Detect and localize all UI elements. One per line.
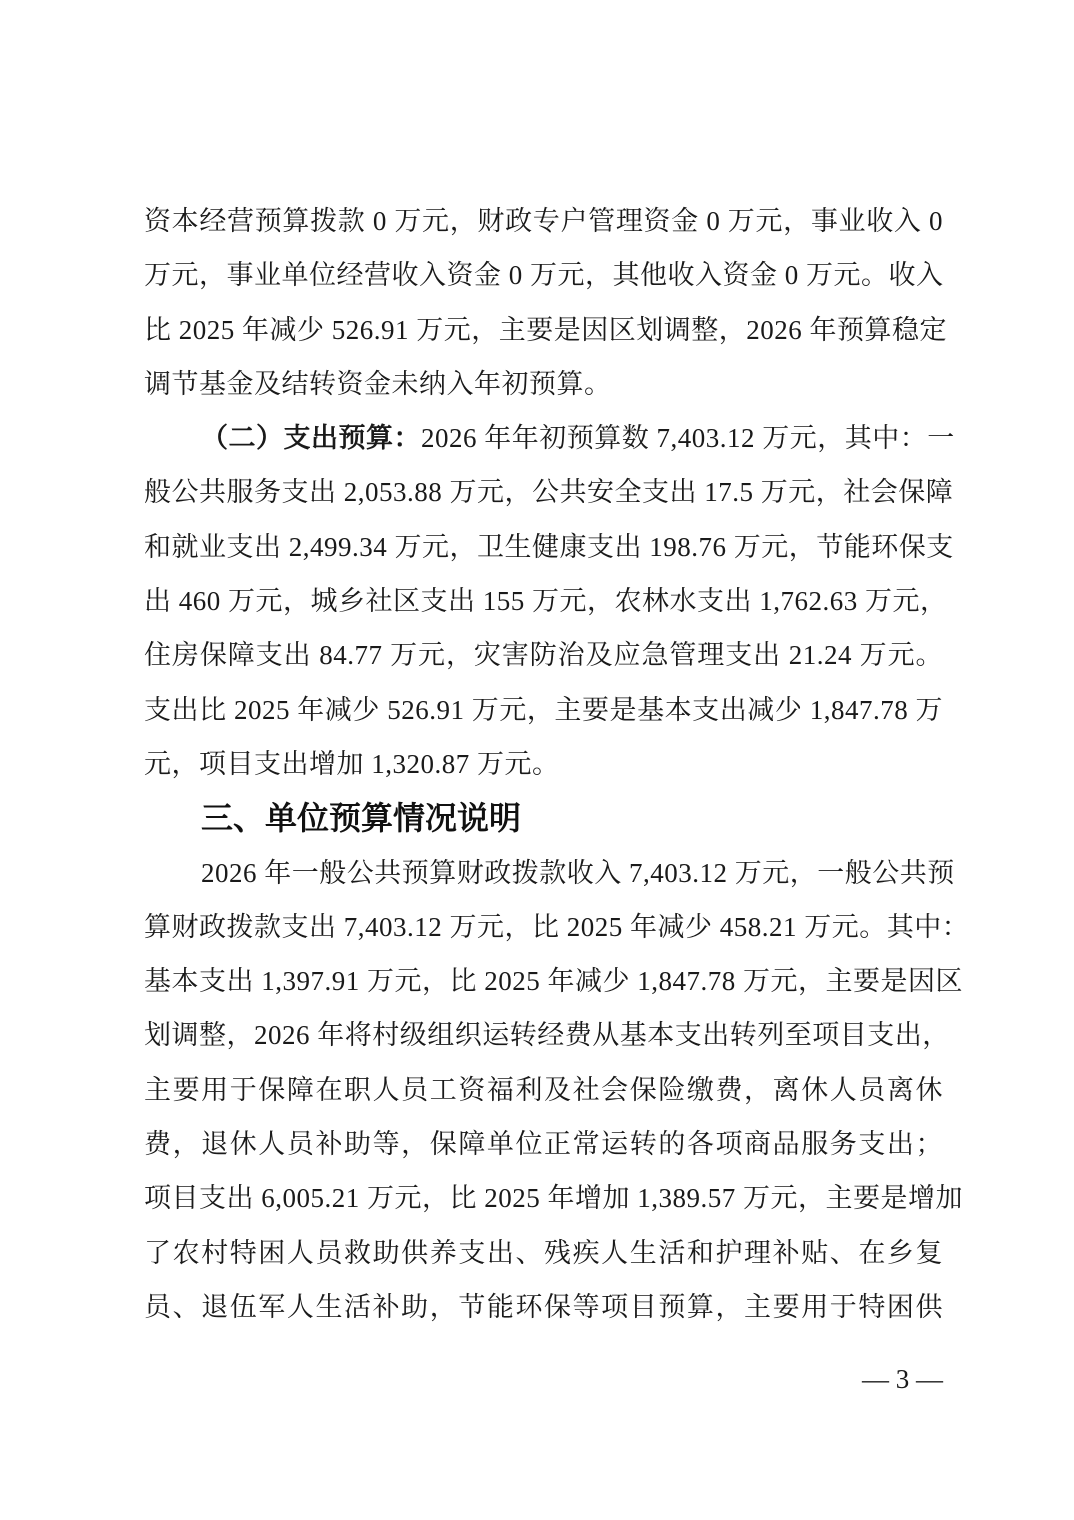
text-line: 项目支出 6,005.21 万元，比 2025 年增加 1,389.57 万元，… [144, 1171, 943, 1225]
text-line: 2026 年一般公共预算财政拨款收入 7,403.12 万元，一般公共预 [144, 846, 943, 900]
text-line: 主要用于保障在职人员工资福利及社会保险缴费，离休人员离休 [144, 1063, 943, 1117]
section-heading: 三、单位预算情况说明 [144, 791, 943, 845]
text-line: 万元，事业单位经营收入资金 0 万元，其他收入资金 0 万元。收入 [144, 248, 943, 302]
text-line: 住房保障支出 84.77 万元，灾害防治及应急管理支出 21.24 万元。 [144, 628, 943, 682]
expenditure-lead-rest: 2026 年年初预算数 7,403.12 万元，其中：一 [421, 423, 955, 453]
page-content: 资本经营预算拨款 0 万元，财政专户管理资金 0 万元，事业收入 0 万元，事业… [144, 194, 943, 1334]
text-line: 元，项目支出增加 1,320.87 万元。 [144, 737, 943, 791]
text-line: 算财政拨款支出 7,403.12 万元，比 2025 年减少 458.21 万元… [144, 900, 943, 954]
text-line: 般公共服务支出 2,053.88 万元，公共安全支出 17.5 万元，社会保障 [144, 465, 943, 519]
expenditure-paragraph: （二）支出预算：2026 年年初预算数 7,403.12 万元，其中：一 般公共… [144, 411, 943, 791]
document-page: 资本经营预算拨款 0 万元，财政专户管理资金 0 万元，事业收入 0 万元，事业… [0, 0, 1074, 1520]
page-number: — 3 — [862, 1363, 943, 1395]
text-line: 支出比 2025 年减少 526.91 万元，主要是基本支出减少 1,847.7… [144, 683, 943, 737]
income-paragraph-tail: 资本经营预算拨款 0 万元，财政专户管理资金 0 万元，事业收入 0 万元，事业… [144, 194, 943, 411]
expenditure-lead-label: （二）支出预算： [201, 423, 421, 453]
text-line: 调节基金及结转资金未纳入年初预算。 [144, 357, 943, 411]
text-line: 了农村特困人员救助供养支出、残疾人生活和护理补贴、在乡复 [144, 1226, 943, 1280]
unit-budget-paragraph: 2026 年一般公共预算财政拨款收入 7,403.12 万元，一般公共预 算财政… [144, 846, 943, 1335]
text-line: 和就业支出 2,499.34 万元，卫生健康支出 198.76 万元，节能环保支 [144, 520, 943, 574]
text-line: 资本经营预算拨款 0 万元，财政专户管理资金 0 万元，事业收入 0 [144, 194, 943, 248]
text-line: 比 2025 年减少 526.91 万元，主要是因区划调整，2026 年预算稳定 [144, 303, 943, 357]
text-line: 出 460 万元，城乡社区支出 155 万元，农林水支出 1,762.63 万元… [144, 574, 943, 628]
text-line: （二）支出预算：2026 年年初预算数 7,403.12 万元，其中：一 [144, 411, 943, 465]
text-line: 划调整，2026 年将村级组织运转经费从基本支出转列至项目支出， [144, 1008, 943, 1062]
text-line: 基本支出 1,397.91 万元，比 2025 年减少 1,847.78 万元，… [144, 954, 943, 1008]
text-line: 员、退伍军人生活补助，节能环保等项目预算，主要用于特困供 [144, 1280, 943, 1334]
text-line: 费，退休人员补助等，保障单位正常运转的各项商品服务支出； [144, 1117, 943, 1171]
